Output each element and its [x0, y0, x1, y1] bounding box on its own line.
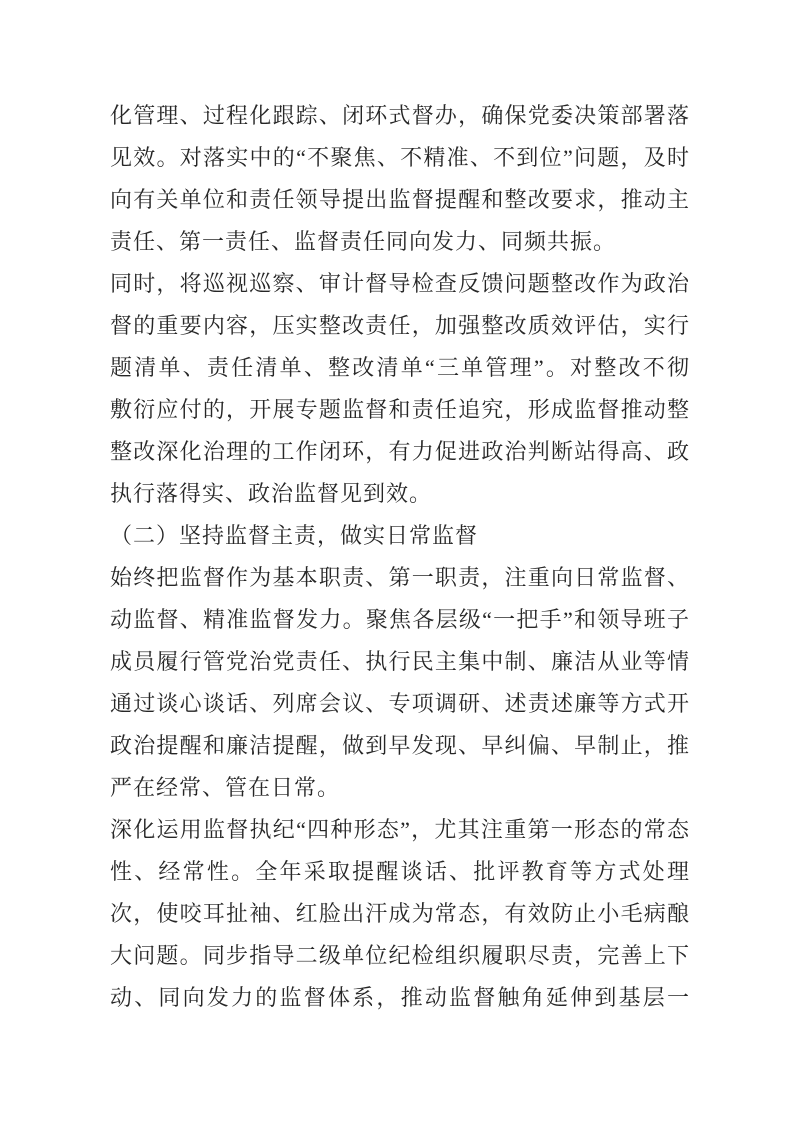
text-line: 始终把监督作为基本职责、第一职责，注重向日常监督、主 — [110, 557, 690, 599]
text-line: 督的重要内容，压实整改责任，加强整改质效评估，实行问 — [110, 305, 690, 347]
text-line: 政治提醒和廉洁提醒，做到早发现、早纠偏、早制止，推动 — [110, 725, 690, 767]
section-heading: （二）坚持监督主责，做实日常监督 — [110, 515, 690, 557]
text-line: 敷衍应付的，开展专题监督和责任追究，形成监督推动整改、 — [110, 389, 690, 431]
text-line: 动监督、精准监督发力。聚焦各层级“一把手”和领导班子 — [110, 599, 690, 641]
text-line: 化管理、过程化跟踪、闭环式督办，确保党委决策部署落地 — [110, 95, 690, 137]
text-line: 动、同向发力的监督体系，推动监督触角延伸到基层一线、 — [110, 977, 690, 1019]
text-line: 执行落得实、政治监督见到效。 — [110, 473, 690, 515]
text-line: 次，使咬耳扯袖、红脸出汗成为常态，有效防止小毛病酿成 — [110, 893, 690, 935]
text-line: 性、经常性。全年采取提醒谈话、批评教育等方式处理 XX 人 — [110, 851, 690, 893]
text-line: 通过谈心谈话、列席会议、专项调研、述责述廉等方式开展 — [110, 683, 690, 725]
document-page: 化管理、过程化跟踪、闭环式督办，确保党委决策部署落地 见效。对落实中的“不聚焦、… — [0, 0, 793, 1122]
text-line: 同时，将巡视巡察、审计督导检查反馈问题整改作为政治监 — [110, 263, 690, 305]
text-line: 向有关单位和责任领导提出监督提醒和整改要求，推动主体 — [110, 179, 690, 221]
text-line: 严在经常、管在日常。 — [110, 767, 690, 809]
text-line: 成员履行管党治党责任、执行民主集中制、廉洁从业等情况， — [110, 641, 690, 683]
text-line: 责任、第一责任、监督责任同向发力、同频共振。 — [110, 221, 690, 263]
text-line: 深化运用监督执纪“四种形态”，尤其注重第一形态的常态 — [110, 809, 690, 851]
text-line: 大问题。同步指导二级单位纪检组织履职尽责，完善上下联 — [110, 935, 690, 977]
text-line: 整改深化治理的工作闭环，有力促进政治判断站得高、政治 — [110, 431, 690, 473]
body-text-block: 化管理、过程化跟踪、闭环式督办，确保党委决策部署落地 见效。对落实中的“不聚焦、… — [110, 95, 690, 1019]
text-line: 题清单、责任清单、整改清单“三单管理”。对整改不彻底、 — [110, 347, 690, 389]
text-line: 见效。对落实中的“不聚焦、不精准、不到位”问题，及时 — [110, 137, 690, 179]
